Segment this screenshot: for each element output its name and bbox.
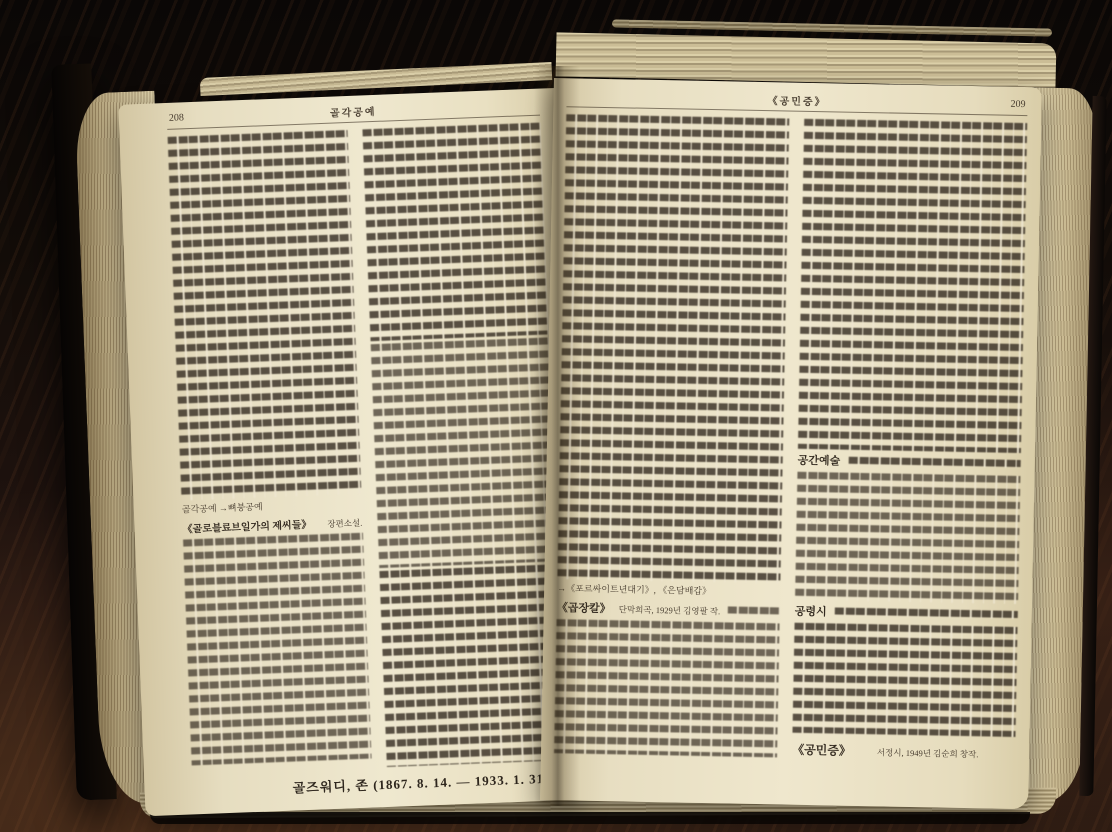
left-page-columns: 골각공예 →뼈붕공예 《골로블료브일가의 제씨들》 장편소설.: [168, 123, 566, 801]
greeked-text-block: [370, 337, 557, 568]
right-page: 《공민증》 209 →《포르싸이트년대기》, 《은담배갑》 《곱장칼》 단막희곡…: [540, 78, 1042, 809]
text-filler: [728, 606, 780, 615]
left-column-1: 골각공예 →뼈붕공예 《골로블료브일가의 제씨들》 장편소설.: [168, 130, 373, 800]
left-page: 208 골각공예 골각공예 →뼈붕공예 《골로블료브일가의 제씨들》 장편소설.: [118, 88, 582, 816]
right-page-content: 《공민증》 209 →《포르싸이트년대기》, 《은담배갑》 《곱장칼》 단막희곡…: [540, 78, 1042, 809]
entry-title: 공령시: [795, 603, 827, 620]
entry-title: 《공민증》: [792, 741, 851, 759]
right-column-2: 공간예술 공령시 《공민증》 서정시, 1949년 김순희 창작.: [791, 119, 1027, 795]
greeked-text-block: [798, 119, 1027, 453]
greeked-text-block: [554, 619, 780, 757]
entry-heading-line: 공간예술: [798, 452, 1021, 472]
photo-of-open-book: { "colors": { "paper": "#eae2c6", "ink":…: [0, 0, 1112, 832]
right-column-1: →《포르싸이트년대기》, 《은담배갑》 《곱장칼》 단막희곡, 1929년 김영…: [553, 114, 789, 790]
entry-genre: 장편소설.: [327, 517, 362, 530]
entry-heading-line: 《골로블료브일가의 제씨들》 장편소설.: [182, 514, 362, 536]
text-filler: [848, 457, 1021, 468]
greeked-text-block: [183, 533, 371, 766]
entry-heading-line: 《곱장칼》 단막희곡, 1929년 김영팔 작.: [557, 599, 780, 619]
left-page-content: 208 골각공예 골각공예 →뼈붕공예 《골로블료브일가의 제씨들》 장편소설.: [118, 88, 582, 816]
entry-title: 《골로블료브일가의 제씨들》: [182, 516, 311, 536]
greeked-text-block: [168, 130, 362, 501]
book-gutter-shadow: [534, 66, 580, 806]
entry-attribution: 서정시, 1949년 김순희 창작.: [877, 746, 979, 760]
book-cover-bottom: [150, 812, 1030, 824]
entry-attribution: 단막희곡, 1929년 김영팔 작.: [619, 603, 721, 617]
entry-heading-line: 공령시: [795, 603, 1018, 623]
greeked-text-block: [795, 472, 1020, 604]
text-filler: [835, 607, 1018, 619]
greeked-text-block: [362, 123, 548, 342]
right-page-columns: →《포르싸이트년대기》, 《은담배갑》 《곱장칼》 단막희곡, 1929년 김영…: [553, 114, 1027, 795]
cross-reference-line: →《포르싸이트년대기》, 《은담배갑》: [557, 581, 780, 598]
page-stack-top-edge-right-outer: [612, 19, 1052, 36]
entry-title: 공간예술: [798, 452, 841, 469]
greeked-text-block: [792, 623, 1017, 737]
greeked-text-block: [557, 114, 789, 583]
entry-heading-line: 《공민증》 서정시, 1949년 김순희 창작.: [792, 741, 1015, 762]
right-page-number: 209: [1010, 99, 1025, 110]
left-running-head: 골각공예: [167, 97, 540, 126]
